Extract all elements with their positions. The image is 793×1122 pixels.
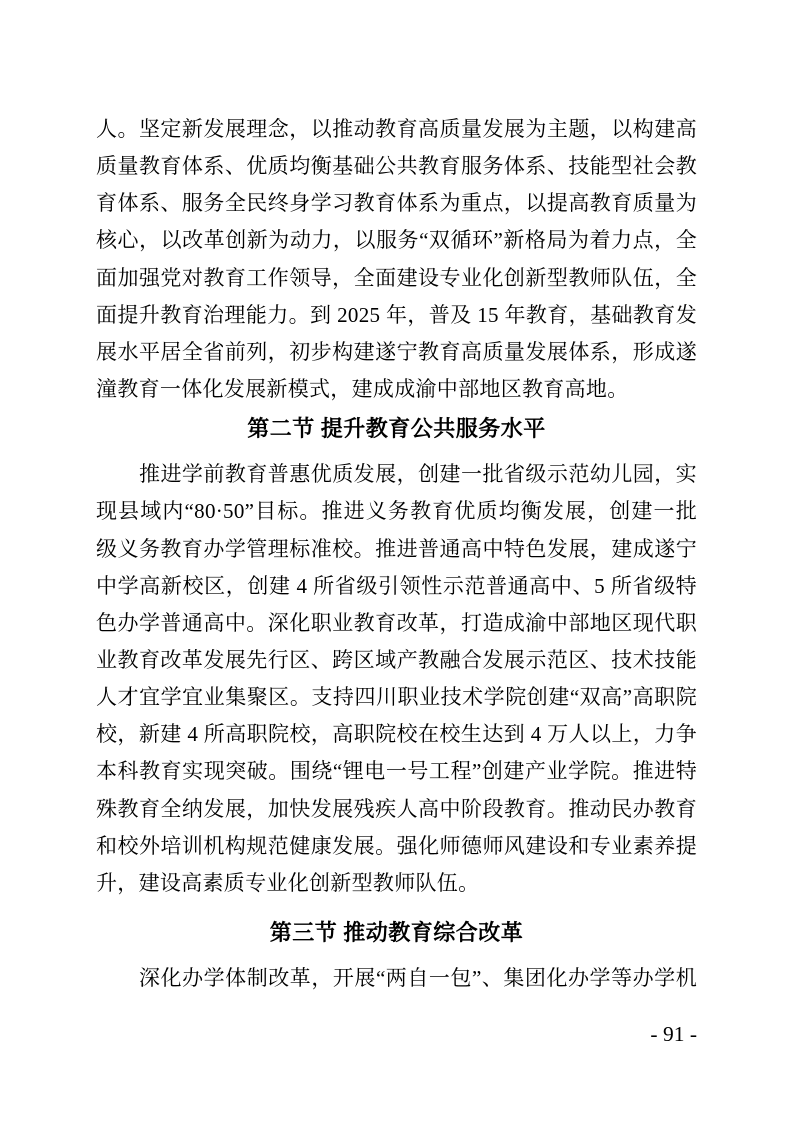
text-line: 校，新建 4 所高职院校，高职院校在校生达到 4 万人以上，力争 [96, 716, 697, 753]
page-body: 人。坚定新发展理念，以推动教育高质量发展为主题，以构建高 质量教育体系、优质均衡… [96, 111, 697, 997]
text-line: 中学高新校区，创建 4 所省级引领性示范普通高中、5 所省级特 [96, 568, 697, 605]
text-line: 质量教育体系、优质均衡基础公共教育服务体系、技能型社会教 [96, 148, 697, 185]
text-line: 级义务教育办学管理标准校。推进普通高中特色发展，建成遂宁 [96, 531, 697, 568]
text-line: 面提升教育治理能力。到 2025 年，普及 15 年教育，基础教育发 [96, 297, 697, 334]
text-line: 推进学前教育普惠优质发展，创建一批省级示范幼儿园，实 [96, 456, 697, 493]
text-line: 核心，以改革创新为动力，以服务“双循环”新格局为着力点，全 [96, 222, 697, 259]
text-line: 殊教育全纳发展，加快发展残疾人高中阶段教育。推动民办教育 [96, 791, 697, 828]
document-page: 人。坚定新发展理念，以推动教育高质量发展为主题，以构建高 质量教育体系、优质均衡… [0, 0, 793, 1122]
paragraph-public-service: 推进学前教育普惠优质发展，创建一批省级示范幼儿园，实 现县域内“80·50”目标… [96, 456, 697, 902]
text-line: 人才宜学宜业集聚区。支持四川职业技术学院创建“双高”高职院 [96, 679, 697, 716]
page-number: - 91 - [650, 1021, 697, 1047]
section-heading-3: 第三节 推动教育综合改革 [96, 914, 697, 951]
section-heading-2: 第二节 提升教育公共服务水平 [96, 410, 697, 447]
text-line: 色办学普通高中。深化职业教育改革，打造成渝中部地区现代职 [96, 605, 697, 642]
text-line: 育体系、服务全民终身学习教育体系为重点，以提高教育质量为 [96, 185, 697, 222]
text-line: 现县域内“80·50”目标。推进义务教育优质均衡发展，创建一批省 [96, 493, 697, 530]
text-line: 和校外培训机构规范健康发展。强化师德师风建设和专业素养提 [96, 828, 697, 865]
text-line: 深化办学体制改革，开展“两自一包”、集团化办学等办学机 [96, 960, 697, 997]
text-line: 人。坚定新发展理念，以推动教育高质量发展为主题，以构建高 [96, 111, 697, 148]
paragraph-reform: 深化办学体制改革，开展“两自一包”、集团化办学等办学机 [96, 960, 697, 997]
text-line: 潼教育一体化发展新模式，建成成渝中部地区教育高地。 [96, 371, 697, 408]
text-line: 展水平居全省前列，初步构建遂宁教育高质量发展体系，形成遂 [96, 334, 697, 371]
text-line: 面加强党对教育工作领导，全面建设专业化创新型教师队伍，全 [96, 260, 697, 297]
text-line: 升，建设高素质专业化创新型教师队伍。 [96, 865, 697, 902]
text-line: 本科教育实现突破。围绕“锂电一号工程”创建产业学院。推进特 [96, 753, 697, 790]
paragraph-continuation: 人。坚定新发展理念，以推动教育高质量发展为主题，以构建高 质量教育体系、优质均衡… [96, 111, 697, 408]
text-line: 业教育改革发展先行区、跨区域产教融合发展示范区、技术技能 [96, 642, 697, 679]
